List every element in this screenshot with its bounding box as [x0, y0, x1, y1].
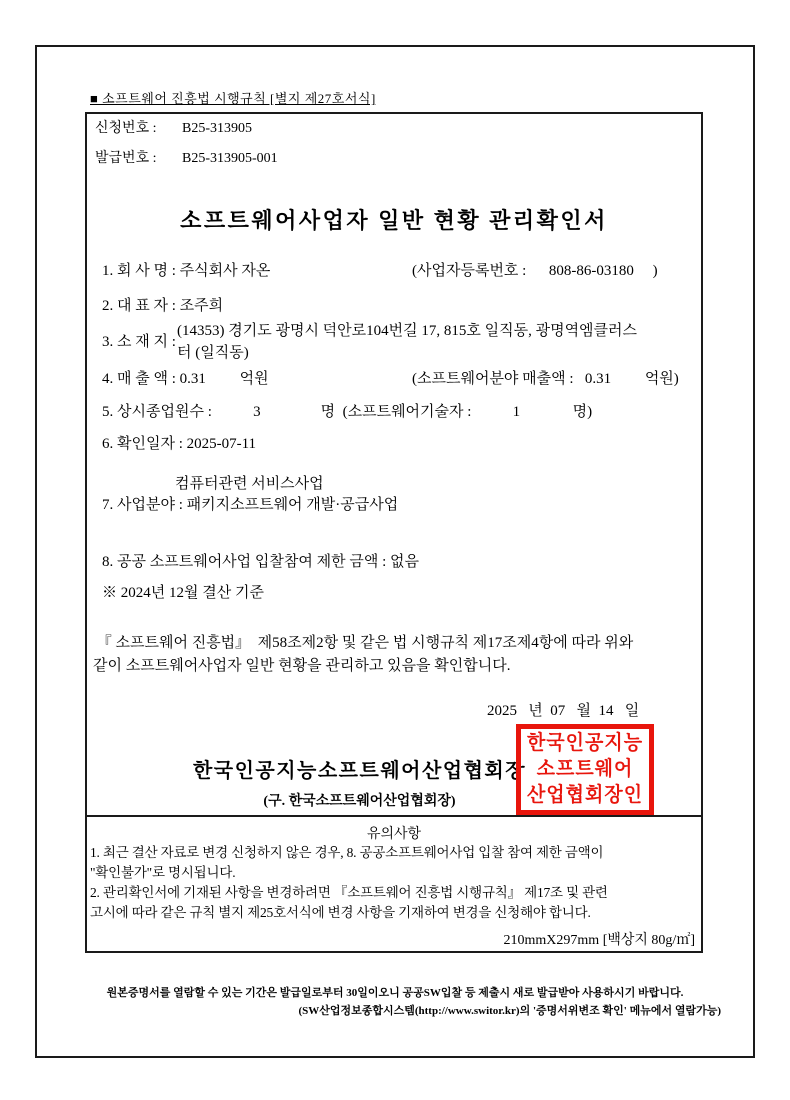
statement-line-2: 같이 소프트웨어사업자 일반 현황을 관리하고 있음을 확인합니다.	[93, 655, 510, 678]
field-business-area-extra: 컴퓨터관련 서비스사업	[175, 475, 324, 493]
field-address-line2: 터 (일직동)	[177, 344, 249, 362]
application-number-label: 신청번호 :	[95, 120, 157, 138]
seal-line-3: 산업협회장인	[527, 782, 643, 809]
notice-line-2: "확인불가"로 명시됩니다.	[90, 863, 235, 883]
field-employees: 5. 상시종업원수 : 3 명 (소프트웨어기술자 : 1 명)	[102, 403, 592, 421]
paper-spec-note: 210mmX297mm [백상지 80g/㎡]	[504, 929, 695, 949]
notice-title: 유의사항	[87, 823, 701, 843]
seal-line-2: 소프트웨어	[537, 756, 634, 783]
field-address-line1: (14353) 경기도 광명시 덕안로104번길 17, 815호 일직동, 광…	[177, 322, 637, 340]
form-reference-heading: ■ 소프트웨어 진흥법 시행규칙 [별지 제27호서식]	[90, 88, 376, 107]
field-business-area: 7. 사업분야 : 패키지소프트웨어 개발·공급사업	[102, 496, 398, 514]
notice-line-4: 고시에 따라 같은 규칙 별지 제25호서식에 변경 사항을 기재하여 변경을 …	[90, 903, 591, 923]
footer-note-2: (SW산업정보종합시스템(http://www.switor.kr)의 '증명서…	[37, 1002, 721, 1018]
seal-line-1: 한국인공지능	[527, 730, 643, 757]
field-address-label: 3. 소 재 지 :	[102, 333, 176, 351]
issuer-seal-stamp: 한국인공지능 소프트웨어 산업협회장인	[516, 724, 654, 815]
field-representative: 2. 대 표 자 : 조주희	[102, 297, 223, 315]
field-business-reg-no: (사업자등록번호 : 808-86-03180 )	[412, 262, 658, 280]
field-revenue: 4. 매 출 액 : 0.31 억원	[102, 370, 269, 388]
field-confirm-date: 6. 확인일자 : 2025-07-11	[102, 435, 256, 453]
certificate-title: 소프트웨어사업자 일반 현황 관리확인서	[87, 204, 701, 235]
field-company-name: 1. 회 사 명 : 주식회사 자온	[102, 262, 270, 280]
field-sw-revenue: (소프트웨어분야 매출액 : 0.31 억원)	[412, 370, 679, 388]
issue-date-line: 2025 년 07 월 14 일	[487, 702, 639, 720]
notice-line-3: 2. 관리확인서에 기재된 사항을 변경하려면 『소프트웨어 진흥법 시행규칙』…	[90, 883, 608, 903]
statement-line-1: 『 소프트웨어 진흥법』 제58조제2항 및 같은 법 시행규칙 제17조제4항…	[93, 632, 633, 655]
page-border-frame: ■ 소프트웨어 진흥법 시행규칙 [별지 제27호서식] 신청번호 : B25-…	[35, 45, 755, 1058]
field-bid-limit: 8. 공공 소프트웨어사업 입찰참여 제한 금액 : 없음	[102, 553, 419, 571]
notice-line-1: 1. 최근 결산 자료로 변경 신청하지 않은 경우, 8. 공공소프트웨어사업…	[90, 843, 603, 863]
footer-note-1: 원본증명서를 열람할 수 있는 기간은 발급일로부터 30일이오니 공공SW입찰…	[37, 984, 753, 1000]
settlement-basis-note: ※ 2024년 12월 결산 기준	[102, 584, 264, 602]
notice-divider-line	[87, 815, 701, 817]
certificate-box: 신청번호 : B25-313905 발급번호 : B25-313905-001 …	[85, 112, 703, 953]
issue-number-label: 발급번호 :	[95, 150, 157, 168]
application-number-value: B25-313905	[182, 120, 252, 138]
issue-number-value: B25-313905-001	[182, 150, 278, 168]
